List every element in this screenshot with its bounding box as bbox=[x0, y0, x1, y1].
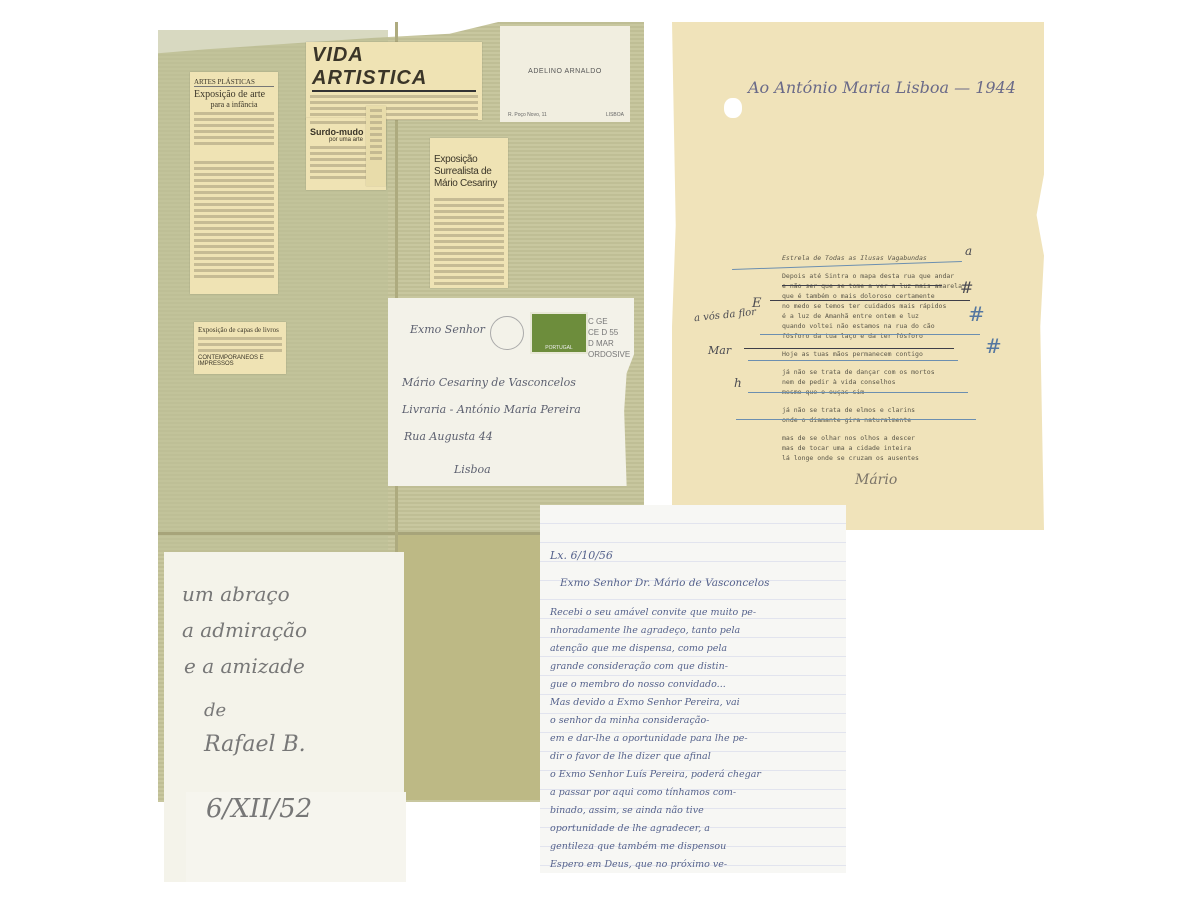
note-line: de bbox=[204, 700, 226, 721]
poem-line: no medo se temos ter cuidados mais rápid… bbox=[782, 302, 962, 312]
cancellation-mark: C GE CE D 55 D MAR ORDOSIVE bbox=[588, 316, 630, 360]
poem-line: Hoje as tuas mãos permanecem contigo bbox=[782, 350, 962, 368]
clipping-footer: CONTEMPORANEOS E IMPRESSOS bbox=[198, 355, 282, 367]
poem-line: mas de tocar uma a cidade inteira bbox=[782, 444, 962, 454]
envelope-line: Livraria - António Maria Pereira bbox=[402, 403, 581, 416]
clipping-exposicao-surrealista: Exposição Surrealista de Mário Cesariny bbox=[430, 138, 508, 288]
clipping-capas-de-livros: Exposição de capas de livros CONTEMPORAN… bbox=[194, 322, 286, 374]
manuscript-signature: Mário bbox=[855, 472, 897, 488]
poem-line: mas de se olhar nos olhos a descer bbox=[782, 434, 962, 444]
note-signature: Rafael B. bbox=[204, 732, 306, 757]
letter-salutation: Exmo Senhor Dr. Mário de Vasconcelos bbox=[560, 577, 770, 589]
edit-mark: # bbox=[985, 334, 1002, 358]
postage-stamp: PORTUGAL bbox=[530, 312, 588, 354]
stamp-label: PORTUGAL bbox=[532, 345, 586, 351]
margin-note: h bbox=[734, 376, 742, 390]
note-line: a admiração bbox=[182, 618, 307, 642]
letter-line: atenção que me dispensa, como pela bbox=[550, 643, 727, 654]
envelope-line: Rua Augusta 44 bbox=[404, 430, 493, 443]
envelope-line: Mário Cesariny de Vasconcelos bbox=[402, 376, 576, 389]
folder-bottom-flap bbox=[398, 535, 540, 800]
clipping-headline: Exposição Surrealista de Mário Cesariny bbox=[434, 154, 504, 190]
poem-line: mesmo que o ouças sim bbox=[782, 388, 962, 406]
letter-line: a passar por aqui como tínhamos com- bbox=[550, 787, 736, 798]
clipping-headline: Exposição de arte bbox=[194, 89, 274, 100]
clipping-section: ARTES PLÁSTICAS bbox=[194, 78, 274, 87]
card-city: LISBOA bbox=[606, 112, 624, 118]
letter-line: gentileza que também me dispensou bbox=[550, 841, 726, 852]
cancel-line: ORDOSIVE bbox=[588, 349, 630, 360]
edit-line bbox=[748, 392, 968, 393]
note-line: e a amizade bbox=[184, 654, 305, 678]
letter-line: binado, assim, se ainda não tive bbox=[550, 805, 704, 816]
manuscript-title: Estrela de Todas as Ilusas Vagabundas bbox=[782, 254, 927, 262]
letter-line: Mas devido a Exmo Senhor Pereira, vai bbox=[550, 697, 740, 708]
letter-line: grande consideração com que distin- bbox=[550, 661, 728, 672]
edit-line bbox=[770, 300, 970, 301]
cancel-line: C GE bbox=[588, 316, 630, 327]
poem-line: nem de pedir à vida conselhos bbox=[782, 378, 962, 388]
envelope-line: Exmo Senhor bbox=[410, 323, 485, 336]
note-line: um abraço bbox=[182, 582, 290, 606]
edit-mark: # bbox=[968, 302, 985, 326]
letter-line: Recebi o seu amável convite que muito pe… bbox=[550, 607, 756, 618]
note-fold: 6/XII/52 bbox=[186, 792, 406, 882]
letter-line: gue o membro do nosso convidado... bbox=[550, 679, 726, 690]
letter-line: nhoradamente lhe agradeço, tanto pela bbox=[550, 625, 740, 636]
note-date: 6/XII/52 bbox=[206, 794, 312, 824]
clipping-vida-artistica: VIDA ARTISTICA bbox=[306, 42, 482, 120]
clipping-subheadline: para a infância bbox=[190, 100, 278, 109]
poem-line: já não se trata de elmos e clarins bbox=[782, 406, 962, 416]
card-name: ADELINO ARNALDO bbox=[500, 68, 630, 75]
edit-mark: # bbox=[960, 278, 973, 297]
clipping-artes-plasticas: ARTES PLÁSTICAS Exposição de arte para a… bbox=[190, 72, 278, 294]
paper-hole bbox=[724, 98, 742, 118]
margin-note: Mar bbox=[708, 344, 731, 357]
postmark-icon bbox=[490, 316, 524, 350]
poem-line: quando voltei não estamos na rua do cão bbox=[782, 322, 962, 332]
letter-line: Espero em Deus, que no próximo ve- bbox=[550, 859, 727, 870]
envelope-line: Lisboa bbox=[454, 463, 491, 476]
edit-line bbox=[760, 334, 980, 335]
poem-line: Depois até Sintra o mapa desta rua que a… bbox=[782, 272, 962, 282]
letter-line: dir o favor de lhe dizer que afinal bbox=[550, 751, 711, 762]
poem-line: é a luz de Amanhã entre ontem e luz bbox=[782, 312, 962, 322]
edit-line bbox=[748, 360, 958, 361]
clipping-section: VIDA ARTISTICA bbox=[312, 44, 476, 92]
manuscript-dedication: Ao António Maria Lisboa — 1944 bbox=[748, 78, 1016, 97]
letter-line: o Exmo Senhor Luís Pereira, poderá chega… bbox=[550, 769, 761, 780]
cancel-line: D MAR bbox=[588, 338, 630, 349]
letter-date: Lx. 6/10/56 bbox=[550, 549, 613, 562]
clipping-headline: Exposição de capas de livros bbox=[198, 326, 282, 334]
poem-line: já não se trata de dançar com os mortos bbox=[782, 368, 962, 378]
calling-card: ADELINO ARNALDO R. Poço Novo, 11 LISBOA bbox=[500, 26, 630, 122]
card-address: R. Poço Novo, 11 bbox=[508, 112, 547, 118]
poem-line: e não ser que se tome a ver a luz mais a… bbox=[782, 282, 962, 292]
letter-line: em e dar-lhe a oportunidade para lhe pe- bbox=[550, 733, 748, 744]
edit-line bbox=[736, 419, 976, 420]
letter-line: o senhor da minha consideração- bbox=[550, 715, 709, 726]
poem-line: lá longe onde se cruzam os ausentes bbox=[782, 454, 962, 464]
letter-line: oportunidade de lhe agradecer, a bbox=[550, 823, 710, 834]
envelope: PORTUGAL C GE CE D 55 D MAR ORDOSIVE Exm… bbox=[388, 298, 634, 486]
cancel-line: CE D 55 bbox=[588, 327, 630, 338]
edit-line bbox=[782, 285, 942, 286]
edit-line bbox=[744, 348, 954, 349]
edit-mark: a bbox=[965, 244, 972, 258]
handwritten-letter: Lx. 6/10/56 Exmo Senhor Dr. Mário de Vas… bbox=[540, 505, 846, 873]
clipping-strip bbox=[366, 106, 386, 186]
